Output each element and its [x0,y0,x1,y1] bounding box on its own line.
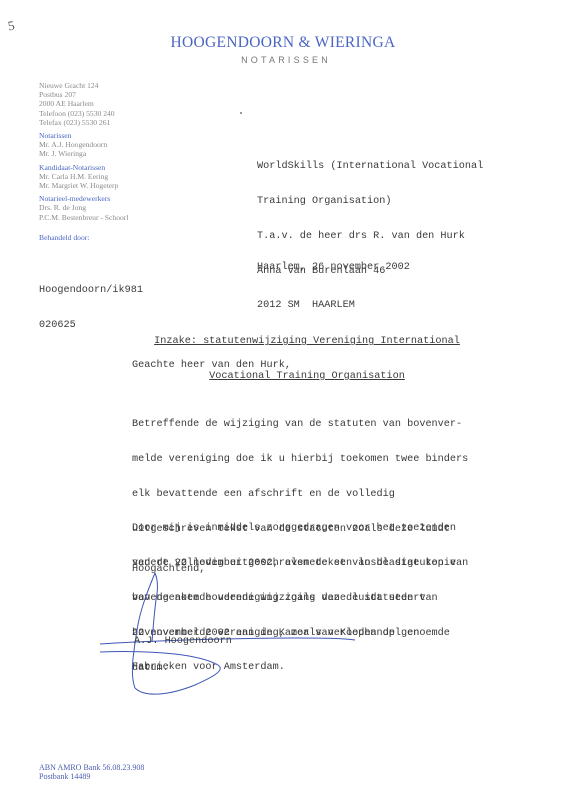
section-kandidaat-notarissen: Kandidaat-Notarissen Mr. Carla H.M. Eeri… [39,163,209,191]
letter-page: 5 HOOGENDOORN & WIERINGA NOTARISSEN Nieu… [0,0,566,800]
addressee-line: 2012 SM HAARLEM [257,300,483,312]
section-heading: Notarieel-medewerkers [39,194,209,203]
section-notarissen: Notarissen Mr. A.J. Hoogendoorn Mr. J. W… [39,131,209,159]
fax-line: Telefax (023) 5530 261 [39,118,209,127]
addressee-line: T.a.v. de heer drs R. van den Hurk [257,231,483,243]
section-heading: Kandidaat-Notarissen [39,163,209,172]
scan-dot [240,112,242,114]
firm-subtitle: NOTARISSEN [0,55,566,65]
firm-name: HOOGENDOORN & WIERINGA [0,34,566,52]
addressee-line: WorldSkills (International Vocational [257,161,483,173]
postbank-account: Postbank 14489 [39,772,144,781]
sidebar-firm-details: Nieuwe Gracht 124 Postbus 207 2000 AE Ha… [39,81,209,242]
body-line: melde vereniging doe ik u hierbij toekom… [132,454,468,466]
subject-text: Vocational Training Organisation [132,371,482,383]
handled-by-label: Behandeld door: [39,233,209,242]
address-line: 2000 AE Haarlem [39,99,209,108]
reference-block: Hoogendoorn/ik981 020625 [39,262,143,355]
signer-name: A.J. Hoogendoorn [134,636,232,648]
address-line: Postbus 207 [39,90,209,99]
handwritten-page-mark: 5 [7,18,16,35]
subject-text: Inzake: statutenwijziging Vereniging Int… [132,336,482,348]
phone-line: Telefoon (023) 5530 240 [39,109,209,118]
addressee-line: Training Organisation) [257,196,483,208]
staff-name: Drs. R. de Jong [39,203,209,212]
staff-name: Mr. Margriet W. Hogeterp [39,181,209,190]
reference-line: Hoogendoorn/ik981 [39,285,143,297]
place-date: Haarlem, 26 november 2002 [257,262,410,274]
section-heading: Notarissen [39,131,209,140]
section-notarieel-medewerkers: Notarieel-medewerkers Drs. R. de Jong P.… [39,194,209,222]
reference-number: 020625 [39,320,143,332]
salutation: Geachte heer van den Hurk, [132,360,291,372]
bank-account: ABN AMRO Bank 56.08.23.908 [39,763,144,772]
staff-name: P.C.M. Bestenbreur - Schoorl [39,213,209,222]
body-line: elk bevattende een afschrift en de volle… [132,489,468,501]
footer-bank-details: ABN AMRO Bank 56.08.23.908 Postbank 1448… [39,763,144,782]
staff-name: Mr. J. Wieringa [39,149,209,158]
body-line: Door mij is inmiddels zorggedragen voor … [132,523,468,535]
staff-name: Mr. A.J. Hoogendoorn [39,140,209,149]
address-line: Nieuwe Gracht 124 [39,81,209,90]
body-line: Betreffende de wijziging van de statuten… [132,419,468,431]
staff-name: Mr. Carla H.M. Eering [39,172,209,181]
firm-address: Nieuwe Gracht 124 Postbus 207 2000 AE Ha… [39,81,209,127]
handwritten-signature [100,570,360,700]
addressee-block: WorldSkills (International Vocational Tr… [257,138,483,335]
